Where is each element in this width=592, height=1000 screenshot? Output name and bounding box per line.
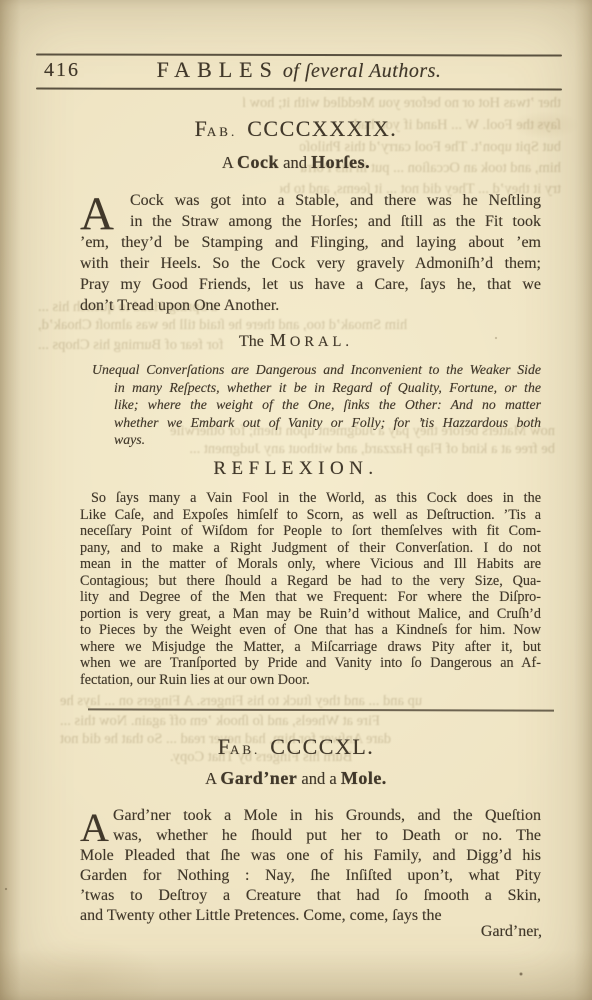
text-line: in the Straw among the Horſes; and ſtill… (80, 211, 541, 232)
fable2-fab-rest: AB. (230, 742, 260, 757)
moral-text: Unequal Converſations are Dangerous and … (92, 361, 541, 449)
fable2-body: A Gard’ner took a Mole in his Grounds, a… (80, 806, 541, 926)
text-line: Garden for Nothing : Nay, ſhe Inſiſted u… (80, 866, 541, 886)
text-line: like; where the weight of the One, ſinks… (92, 396, 541, 414)
reflexion-text: So ſays many a Vain Fool in the World, a… (80, 490, 541, 688)
fable2-fab-initial: F (218, 734, 230, 759)
text-line: neceſſary Point of Wiſdom for People to … (80, 523, 541, 540)
fable1-number: CCCCXXXIX. (247, 116, 397, 141)
text-line: and Twenty other Little Pretences. Come,… (80, 906, 541, 926)
section-divider-rule (88, 708, 554, 711)
text-line: in many Reſpects, whether it be in Regar… (92, 379, 541, 397)
text-line: Gard’ner took a Mole in his Grounds, and… (80, 806, 541, 826)
fable1-title-prefix: A (222, 153, 237, 172)
fable2-title-word1: Gard’ner (220, 768, 297, 788)
fable1-title: A Cock and Horſes. (0, 152, 592, 173)
moral-lines: Unequal Converſations are Dangerous and … (92, 361, 541, 449)
fable2-title: A Gard’ner and a Mole. (0, 768, 592, 789)
text-line: Pray my Good Friends, let us have a Care… (80, 274, 541, 295)
text-line: fectation, our Ruin lies at our own Door… (80, 672, 541, 689)
fable2-drop-cap: A (80, 808, 109, 848)
reflexion-heading: REFLEXION. (0, 458, 592, 480)
text-line: Unequal Converſations are Dangerous and … (92, 361, 541, 379)
text-line: whether we Embark out of Vanity or Folly… (92, 414, 541, 432)
fable1-title-word1: Cock (237, 152, 279, 172)
text-line: when we are Tranſported by Pride and Van… (80, 655, 541, 672)
text-line: where we Misjudge the Matter, a Miſcarri… (80, 639, 541, 656)
fable1-fab-rest: AB. (207, 124, 237, 139)
text-line: don’t Tread upon One Another. (80, 295, 541, 316)
text-line: mean in the matter of Morals only, where… (80, 556, 541, 573)
text-line: ways. (92, 431, 541, 449)
catchword: Gard’ner, (481, 923, 542, 941)
fable1-heading: FAB.CCCCXXXIX. (0, 116, 592, 142)
running-title: FABLES of ſeveral Authors. (36, 57, 562, 83)
text-line: Like Caſe, and Expoſes himſelf to Scorn,… (80, 507, 541, 524)
text-line: lity and Degree of the Men that we Frequ… (80, 589, 541, 606)
moral-heading-the: The (239, 333, 264, 350)
fable1-title-word2: Horſes. (311, 152, 370, 172)
text-line: So ſays many a Vain Fool in the World, a… (80, 490, 541, 507)
text-line: Cock was got into a Stable, and there wa… (80, 190, 541, 211)
fable1-body: A Cock was got into a Stable, and there … (80, 190, 541, 316)
book-page-scan: ther ’twas Hot or no before you Meddled … (0, 0, 592, 1000)
text-line: with their Heels. So the Cock very grave… (80, 253, 541, 274)
text-line: pany, and to make a Right Judgment of th… (80, 540, 541, 557)
fable2-title-prefix: A (205, 769, 220, 788)
moral-heading-initial: M (270, 330, 290, 350)
fable1-body-lines: Cock was got into a Stable, and there wa… (80, 190, 541, 316)
fable2-title-mid: and a (297, 769, 341, 788)
text-line: Contagious; but there ſhould a Regard be… (80, 573, 541, 590)
reflexion-lines: So ſays many a Vain Fool in the World, a… (80, 490, 541, 688)
text-line: portion is very great, a Man may be Ruin… (80, 606, 541, 623)
text-line: Mole Pleaded that ſhe was one of his Fam… (80, 846, 541, 866)
text-line: to Pieces by the Weight even of One that… (80, 622, 541, 639)
fable1-title-mid: and (279, 153, 311, 172)
fable1-fab-initial: F (195, 116, 207, 141)
fable2-heading: FAB.CCCCXL. (0, 734, 592, 760)
running-title-word: FABLES (157, 57, 279, 82)
fable2-body-lines: Gard’ner took a Mole in his Grounds, and… (80, 806, 541, 926)
text-line: ’em, they’d be Stamping and Flinging, an… (80, 232, 541, 253)
header-rule-bottom (36, 88, 562, 91)
text-line: was, whether he ſhould put her to Death … (80, 826, 541, 846)
show-through-text: up and ... and they ſtuck to his Fingers… (60, 693, 557, 709)
fable2-number: CCCCXL. (270, 734, 374, 759)
text-line: ’twas to Deſtroy a Creature that had ſo … (80, 886, 541, 906)
show-through-text: Fire at Wheels, and ſo ſhook ’em off aga… (60, 713, 557, 729)
fable2-title-word2: Mole. (341, 768, 387, 788)
show-through-text: ther ’twas Hot or no before you Meddled … (243, 95, 561, 111)
moral-heading: TheMORAL. (0, 330, 592, 351)
moral-heading-rest: ORAL. (290, 334, 353, 350)
fable1-drop-cap: A (80, 191, 114, 238)
running-title-rest: of ſeveral Authors. (283, 60, 442, 82)
